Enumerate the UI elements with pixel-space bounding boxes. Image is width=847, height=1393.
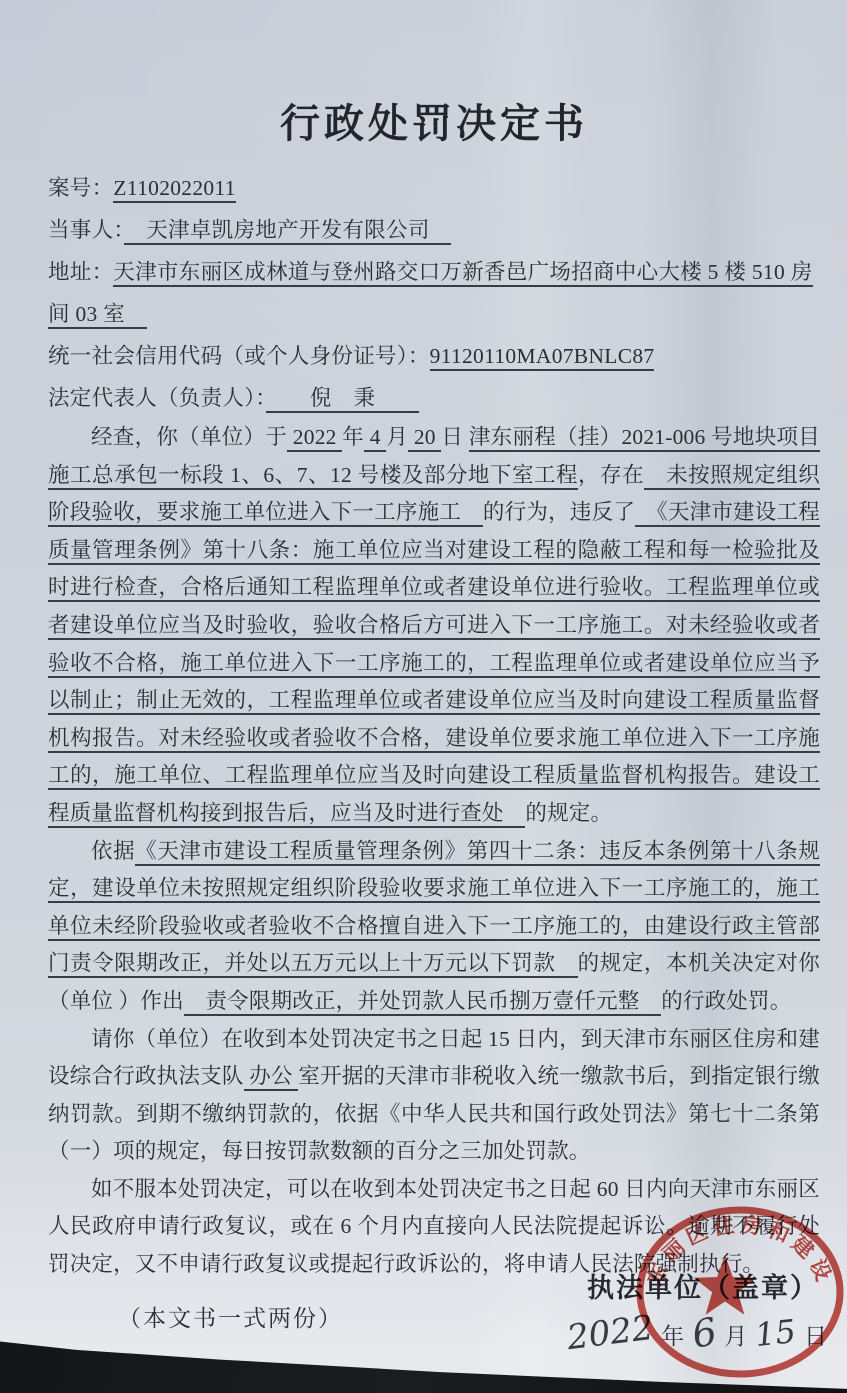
party-value: 天津卓凯房地产开发有限公司 bbox=[124, 218, 451, 245]
party-label: 当事人： bbox=[48, 218, 124, 242]
paragraph-findings: 经查，你（单位）于 2022 年 4 月 20 日 津东丽程（挂）2021-00… bbox=[48, 419, 820, 833]
copies-note: （本文书一式两份） bbox=[118, 1300, 343, 1333]
case-number-field: 案号：Z1102022011 bbox=[48, 167, 820, 209]
text-segment: 2022 bbox=[287, 425, 342, 452]
day-unit-label: 日 bbox=[802, 1318, 829, 1351]
text-segment: 办公 bbox=[244, 1064, 299, 1091]
legal-representative-field: 法定代表人（负责人）： 倪 秉 bbox=[48, 377, 820, 419]
credit-code-label: 统一社会信用代码（或个人身份证号）： bbox=[48, 344, 430, 368]
year-unit-label: 年 bbox=[659, 1318, 686, 1351]
party-field: 当事人： 天津卓凯房地产开发有限公司 bbox=[48, 209, 820, 251]
handwritten-date: 2022 年 6 月 15 日 bbox=[529, 1312, 829, 1351]
month-unit-label: 月 bbox=[722, 1318, 749, 1351]
text-segment: 4 bbox=[364, 425, 386, 452]
text-segment: 的行政处罚。 bbox=[661, 989, 791, 1013]
text-segment: 的行为，违反了 bbox=[483, 500, 635, 524]
text-segment: 月 bbox=[386, 425, 408, 449]
handwritten-year: 2022 bbox=[565, 1311, 655, 1355]
address-field: 地址：天津市东丽区成林道与登州路交口万新香邑广场招商中心大楼 5 楼 510 房… bbox=[48, 251, 820, 335]
text-segment: 的规定。 bbox=[525, 801, 612, 825]
legal-representative-value: 倪 秉 bbox=[266, 386, 419, 413]
penalty-decision-document: 行政处罚决定书 案号：Z1102022011 当事人： 天津卓凯房地产开发有限公… bbox=[0, 0, 847, 1393]
handwritten-month: 6 bbox=[689, 1312, 719, 1354]
case-number-value: Z1102022011 bbox=[113, 176, 235, 203]
paragraph-legal-basis: 依据《天津市建设工程质量管理条例》第四十二条：违反本条例第十八条规定，建设单位未… bbox=[48, 833, 820, 1021]
credit-code-value: 91120110MA07BNLC87 bbox=[430, 344, 655, 371]
case-number-label: 案号： bbox=[48, 176, 113, 200]
text-segment: 经查，你（单位）于 bbox=[91, 425, 287, 449]
text-segment: ，存在 bbox=[578, 463, 644, 487]
address-label: 地址： bbox=[48, 260, 113, 284]
text-segment: 责令限期改正，并处罚款人民币捌万壹仟元整 bbox=[184, 989, 661, 1016]
text-segment: 年 bbox=[342, 425, 364, 449]
enforcement-unit-seal-label: 执法单位（盖章） bbox=[587, 1266, 819, 1305]
document-title: 行政处罚决定书 bbox=[48, 92, 820, 149]
address-value: 天津市东丽区成林道与登州路交口万新香邑广场招商中心大楼 5 楼 510 房间 0… bbox=[48, 260, 813, 329]
text-segment: 《天津市建设工程质量管理条例》第十八条：施工单位应当对建设工程的隐蔽工程和每一检… bbox=[48, 500, 820, 828]
legal-representative-label: 法定代表人（负责人）： bbox=[48, 386, 266, 410]
text-segment: 如不服本处罚决定，可以在收到本处罚决定书之日起 60 日内向天津市东丽区人民政府… bbox=[48, 1177, 820, 1276]
credit-code-field: 统一社会信用代码（或个人身份证号）：91120110MA07BNLC87 bbox=[48, 335, 820, 377]
paragraph-payment-instructions: 请你（单位）在收到本处罚决定书之日起 15 日内，到天津市东丽区住房和建设综合行… bbox=[48, 1021, 820, 1171]
text-segment: 日 bbox=[441, 425, 468, 449]
text-segment: 20 bbox=[408, 425, 441, 452]
text-segment: 依据 bbox=[91, 839, 135, 863]
handwritten-day: 15 bbox=[754, 1315, 798, 1351]
